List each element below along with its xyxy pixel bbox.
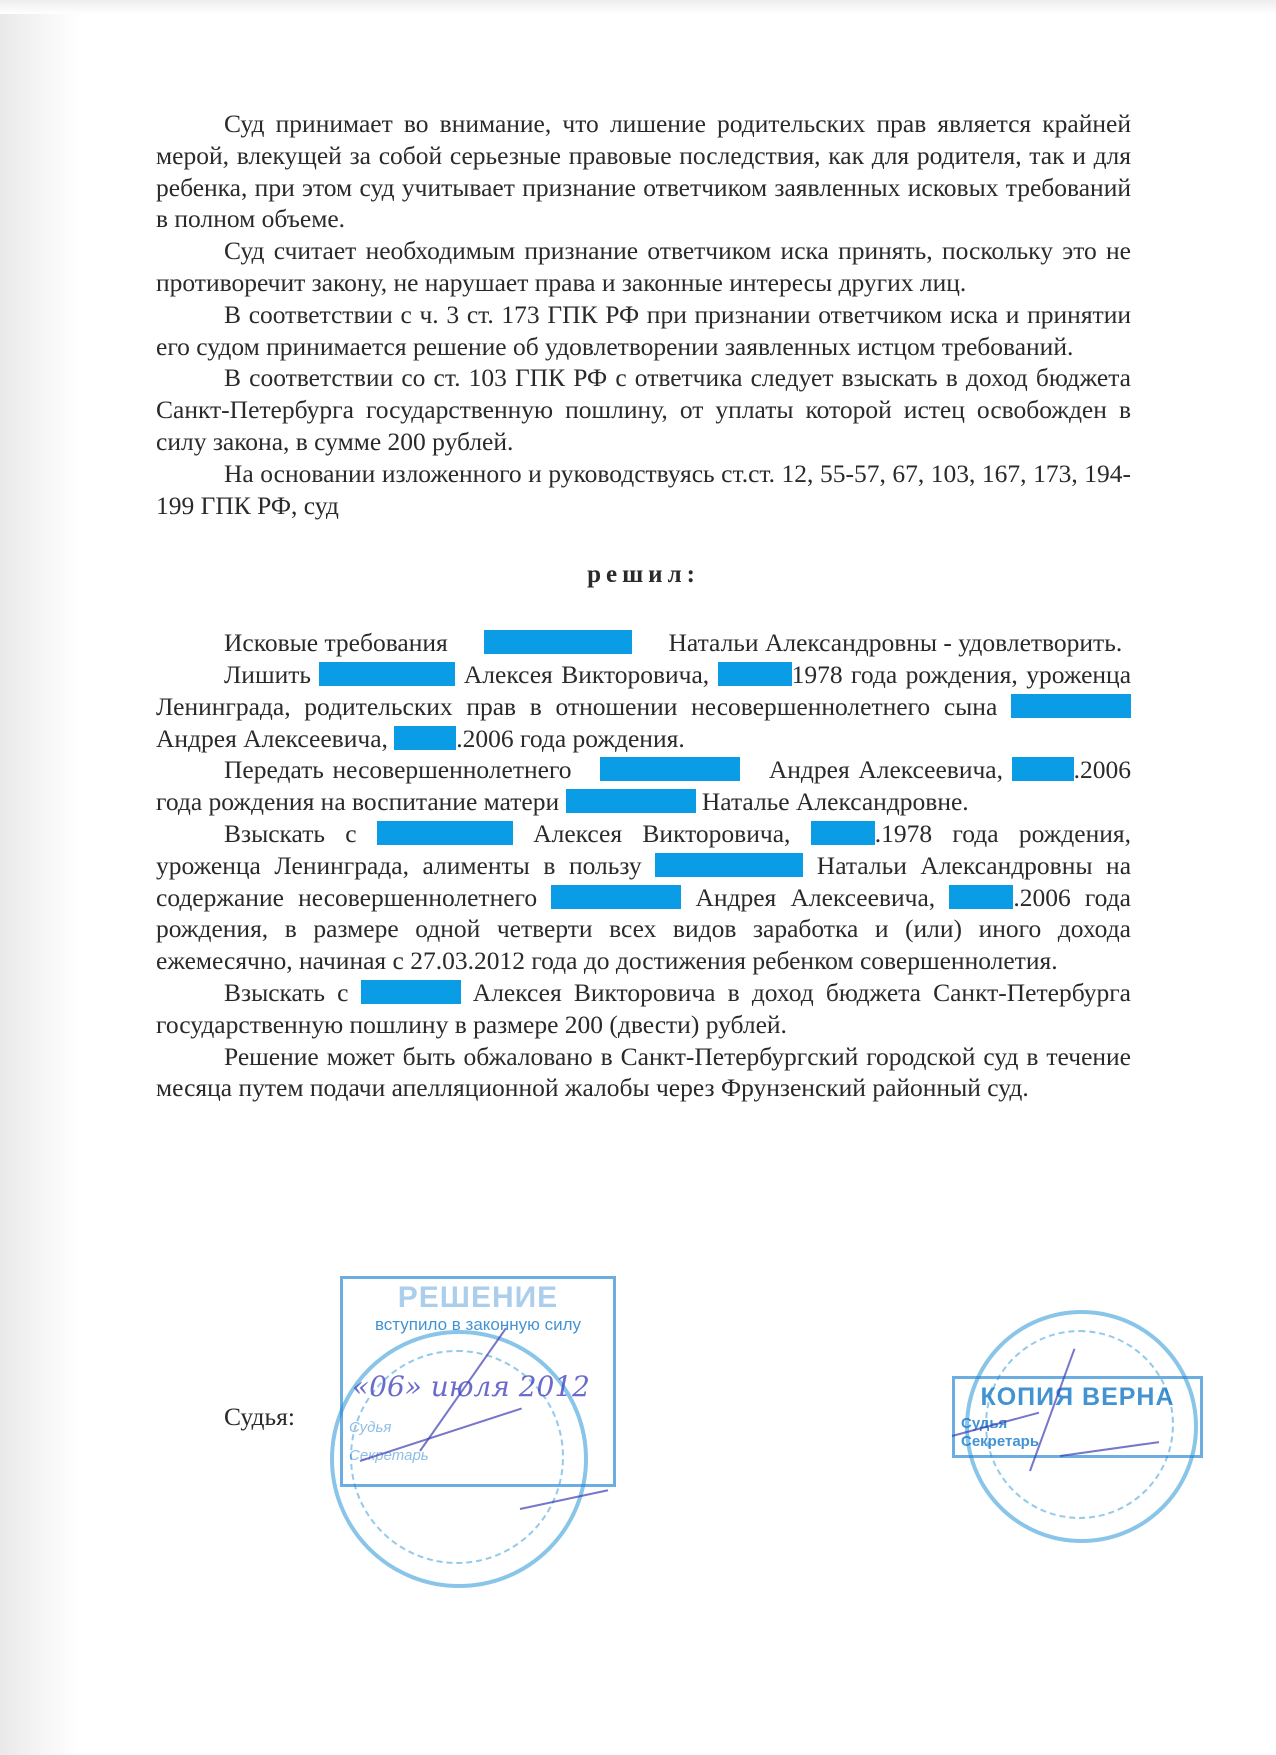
redaction-block [377, 821, 513, 845]
redaction-block [1011, 694, 1131, 718]
redaction-block [655, 853, 803, 877]
decision-paragraph-5: Взыскать с Алексея Викторовича в доход б… [156, 977, 1131, 1041]
redaction-block [551, 885, 681, 909]
redaction-block [1012, 757, 1074, 781]
paragraph: Суд считает необходимым признание ответч… [156, 235, 1131, 299]
scan-edge-shadow [0, 0, 80, 1755]
redaction-block [361, 980, 461, 1004]
document-page: Суд принимает во внимание, что лишение р… [156, 108, 1131, 1104]
paragraph: В соответствии со ст. 103 ГПК РФ с ответ… [156, 362, 1131, 457]
redaction-block [718, 662, 792, 686]
redaction-block [394, 726, 456, 750]
redaction-block [600, 757, 740, 781]
decision-paragraph-3: Передать несовершеннолетнего Андрея Алек… [156, 754, 1131, 818]
decision-heading: решил: [156, 559, 1131, 591]
redaction-block [484, 630, 632, 654]
paragraph: В соответствии с ч. 3 ст. 173 ГПК РФ при… [156, 299, 1131, 363]
paragraph: Суд принимает во внимание, что лишение р… [156, 108, 1131, 235]
scan-top-shadow [0, 0, 1276, 14]
decision-paragraph-4: Взыскать с Алексея Викторовича, .1978 го… [156, 818, 1131, 977]
decision-paragraph-2: Лишить Алексея Викторовича, 1978 года ро… [156, 659, 1131, 754]
redaction-block [811, 821, 875, 845]
redaction-block [319, 662, 455, 686]
redaction-block [566, 789, 696, 813]
decision-paragraph-1: Исковые требования Натальи Александровны… [156, 627, 1131, 659]
copy-certified-box: КОПИЯ ВЕРНА Судья Секретарь [952, 1376, 1203, 1458]
decision-paragraph-6: Решение может быть обжаловано в Санкт-Пе… [156, 1041, 1131, 1105]
judge-signature-label: Судья: [224, 1402, 295, 1432]
paragraph: На основании изложенного и руководствуяс… [156, 458, 1131, 522]
redaction-block [949, 885, 1013, 909]
